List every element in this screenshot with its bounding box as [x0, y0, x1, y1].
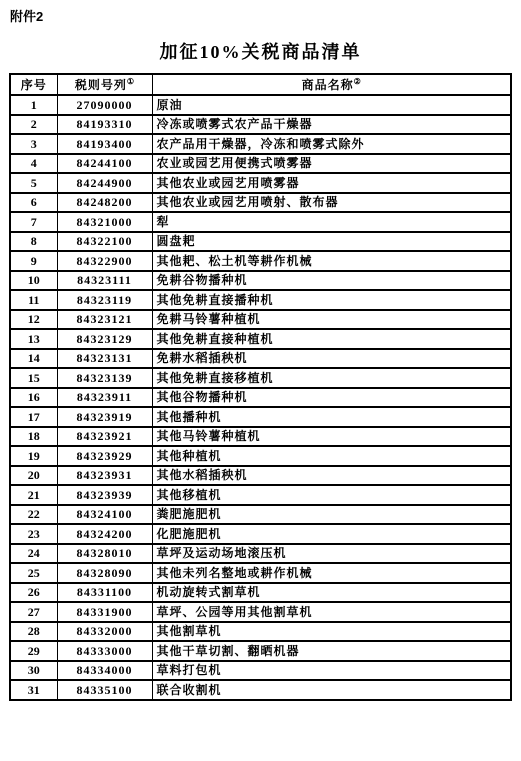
tariff-code-cell: 84323121 [57, 310, 152, 330]
row-index-cell: 28 [10, 622, 57, 642]
table-row: 2784331900草坪、公园等用其他割草机 [10, 602, 511, 622]
product-name-cell: 其他谷物播种机 [152, 388, 511, 408]
product-name-cell: 其他免耕直接移植机 [152, 368, 511, 388]
product-name-cell: 化肥施肥机 [152, 524, 511, 544]
header-col-code-label: 税则号列 [75, 78, 127, 92]
row-index-cell: 8 [10, 232, 57, 252]
table-row: 884322100圆盘耙 [10, 232, 511, 252]
table-row: 127090000原油 [10, 95, 511, 115]
row-index-cell: 11 [10, 290, 57, 310]
tariff-code-cell: 84332000 [57, 622, 152, 642]
tariff-code-cell: 84323929 [57, 446, 152, 466]
product-name-cell: 免耕水稻插秧机 [152, 349, 511, 369]
row-index-cell: 5 [10, 173, 57, 193]
tariff-code-cell: 84244100 [57, 154, 152, 174]
tariff-code-cell: 84335100 [57, 680, 152, 700]
row-index-cell: 17 [10, 407, 57, 427]
table-row: 2684331100机动旋转式割草机 [10, 583, 511, 603]
product-name-cell: 其他未列名整地或耕作机械 [152, 563, 511, 583]
row-index-cell: 26 [10, 583, 57, 603]
tariff-code-cell: 84323119 [57, 290, 152, 310]
tariff-code-cell: 84248200 [57, 193, 152, 213]
product-name-cell: 免耕马铃薯种植机 [152, 310, 511, 330]
product-name-cell: 其他干草切割、翻晒机器 [152, 641, 511, 661]
tariff-code-cell: 84333000 [57, 641, 152, 661]
table-row: 1984323929其他种植机 [10, 446, 511, 466]
tariff-code-cell: 84324100 [57, 505, 152, 525]
row-index-cell: 25 [10, 563, 57, 583]
row-index-cell: 22 [10, 505, 57, 525]
tariff-code-cell: 84331100 [57, 583, 152, 603]
tariff-code-cell: 84323139 [57, 368, 152, 388]
table-row: 1584323139其他免耕直接移植机 [10, 368, 511, 388]
product-name-cell: 粪肥施肥机 [152, 505, 511, 525]
row-index-cell: 2 [10, 115, 57, 135]
row-index-cell: 3 [10, 134, 57, 154]
table-row: 2484328010草坪及运动场地滚压机 [10, 544, 511, 564]
header-col-name: 商品名称② [152, 74, 511, 95]
tariff-table: 序号 税则号列① 商品名称② 127090000原油284193310冷冻或喷雾… [9, 73, 512, 701]
row-index-cell: 27 [10, 602, 57, 622]
table-body: 127090000原油284193310冷冻或喷雾式农产品干燥器38419340… [10, 95, 511, 700]
header-col-no-label: 序号 [21, 78, 47, 92]
tariff-code-cell: 84323931 [57, 466, 152, 486]
header-col-code: 税则号列① [57, 74, 152, 95]
table-row: 2584328090其他未列名整地或耕作机械 [10, 563, 511, 583]
table-row: 2984333000其他干草切割、翻晒机器 [10, 641, 511, 661]
table-row: 784321000犁 [10, 212, 511, 232]
row-index-cell: 14 [10, 349, 57, 369]
row-index-cell: 9 [10, 251, 57, 271]
table-row: 1884323921其他马铃薯种植机 [10, 427, 511, 447]
row-index-cell: 13 [10, 329, 57, 349]
tariff-code-cell: 84328090 [57, 563, 152, 583]
table-row: 1484323131免耕水稻插秧机 [10, 349, 511, 369]
tariff-code-cell: 84328010 [57, 544, 152, 564]
table-row: 1384323129其他免耕直接种植机 [10, 329, 511, 349]
row-index-cell: 12 [10, 310, 57, 330]
row-index-cell: 20 [10, 466, 57, 486]
row-index-cell: 1 [10, 95, 57, 115]
page-title: 加征10%关税商品清单 [0, 38, 521, 64]
tariff-code-cell: 84331900 [57, 602, 152, 622]
tariff-code-cell: 84323111 [57, 271, 152, 291]
row-index-cell: 6 [10, 193, 57, 213]
table-row: 2084323931其他水稻插秧机 [10, 466, 511, 486]
table-row: 2184323939其他移植机 [10, 485, 511, 505]
row-index-cell: 10 [10, 271, 57, 291]
row-index-cell: 18 [10, 427, 57, 447]
header-row: 序号 税则号列① 商品名称② [10, 74, 511, 95]
tariff-code-cell: 84323921 [57, 427, 152, 447]
product-name-cell: 农业或园艺用便携式喷雾器 [152, 154, 511, 174]
table-row: 684248200其他农业或园艺用喷射、散布器 [10, 193, 511, 213]
product-name-cell: 其他农业或园艺用喷雾器 [152, 173, 511, 193]
row-index-cell: 21 [10, 485, 57, 505]
header-col-no: 序号 [10, 74, 57, 95]
tariff-code-cell: 84321000 [57, 212, 152, 232]
table-row: 584244900其他农业或园艺用喷雾器 [10, 173, 511, 193]
product-name-cell: 原油 [152, 95, 511, 115]
table-row: 1284323121免耕马铃薯种植机 [10, 310, 511, 330]
row-index-cell: 19 [10, 446, 57, 466]
product-name-cell: 草料打包机 [152, 661, 511, 681]
tariff-code-cell: 84193310 [57, 115, 152, 135]
product-name-cell: 其他种植机 [152, 446, 511, 466]
row-index-cell: 23 [10, 524, 57, 544]
row-index-cell: 15 [10, 368, 57, 388]
tariff-code-cell: 84323911 [57, 388, 152, 408]
table-row: 3184335100联合收割机 [10, 680, 511, 700]
table-header: 序号 税则号列① 商品名称② [10, 74, 511, 95]
product-name-cell: 其他免耕直接播种机 [152, 290, 511, 310]
row-index-cell: 29 [10, 641, 57, 661]
tariff-code-cell: 84322100 [57, 232, 152, 252]
tariff-code-cell: 27090000 [57, 95, 152, 115]
product-name-cell: 机动旋转式割草机 [152, 583, 511, 603]
product-name-cell: 其他马铃薯种植机 [152, 427, 511, 447]
table-row: 984322900其他耙、松土机等耕作机械 [10, 251, 511, 271]
product-name-cell: 农产品用干燥器，冷冻和喷雾式除外 [152, 134, 511, 154]
row-index-cell: 30 [10, 661, 57, 681]
table-row: 3084334000草料打包机 [10, 661, 511, 681]
table-row: 384193400农产品用干燥器，冷冻和喷雾式除外 [10, 134, 511, 154]
tariff-code-cell: 84244900 [57, 173, 152, 193]
tariff-code-cell: 84324200 [57, 524, 152, 544]
row-index-cell: 7 [10, 212, 57, 232]
table-row: 1684323911其他谷物播种机 [10, 388, 511, 408]
product-name-cell: 其他耙、松土机等耕作机械 [152, 251, 511, 271]
product-name-cell: 其他免耕直接种植机 [152, 329, 511, 349]
table-row: 2284324100粪肥施肥机 [10, 505, 511, 525]
table-row: 2384324200化肥施肥机 [10, 524, 511, 544]
header-col-name-superscript: ② [354, 77, 361, 86]
tariff-code-cell: 84334000 [57, 661, 152, 681]
product-name-cell: 草坪及运动场地滚压机 [152, 544, 511, 564]
tariff-code-cell: 84323919 [57, 407, 152, 427]
product-name-cell: 犁 [152, 212, 511, 232]
product-name-cell: 其他水稻插秧机 [152, 466, 511, 486]
table-row: 1084323111免耕谷物播种机 [10, 271, 511, 291]
table-row: 484244100农业或园艺用便携式喷雾器 [10, 154, 511, 174]
tariff-code-cell: 84193400 [57, 134, 152, 154]
product-name-cell: 免耕谷物播种机 [152, 271, 511, 291]
product-name-cell: 联合收割机 [152, 680, 511, 700]
tariff-code-cell: 84322900 [57, 251, 152, 271]
product-name-cell: 其他移植机 [152, 485, 511, 505]
attachment-label: 附件2 [0, 0, 521, 25]
header-col-name-label: 商品名称 [302, 78, 354, 92]
tariff-code-cell: 84323939 [57, 485, 152, 505]
row-index-cell: 16 [10, 388, 57, 408]
header-col-code-superscript: ① [127, 77, 134, 86]
row-index-cell: 31 [10, 680, 57, 700]
table-row: 2884332000其他割草机 [10, 622, 511, 642]
tariff-code-cell: 84323131 [57, 349, 152, 369]
table-row: 1784323919其他播种机 [10, 407, 511, 427]
product-name-cell: 圆盘耙 [152, 232, 511, 252]
table-row: 284193310冷冻或喷雾式农产品干燥器 [10, 115, 511, 135]
tariff-code-cell: 84323129 [57, 329, 152, 349]
row-index-cell: 4 [10, 154, 57, 174]
product-name-cell: 草坪、公园等用其他割草机 [152, 602, 511, 622]
product-name-cell: 冷冻或喷雾式农产品干燥器 [152, 115, 511, 135]
product-name-cell: 其他农业或园艺用喷射、散布器 [152, 193, 511, 213]
product-name-cell: 其他播种机 [152, 407, 511, 427]
row-index-cell: 24 [10, 544, 57, 564]
table-row: 1184323119其他免耕直接播种机 [10, 290, 511, 310]
product-name-cell: 其他割草机 [152, 622, 511, 642]
